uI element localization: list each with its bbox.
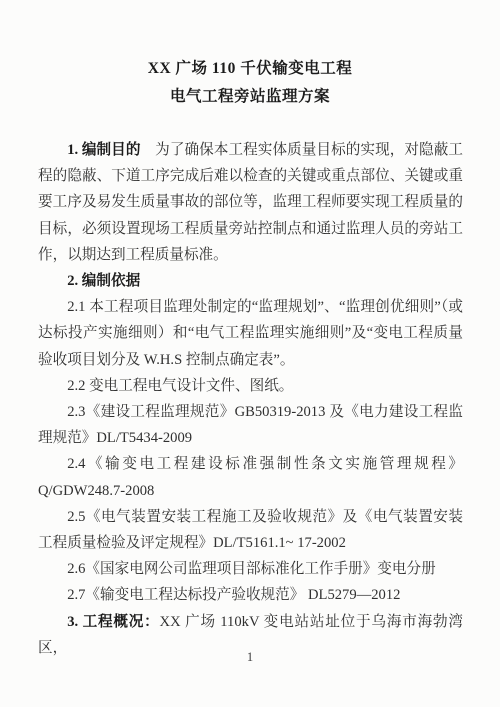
document-title-line-2: 电气工程旁站监理方案: [0, 83, 500, 111]
section2-item-2-5: 2.5《电气装置安装工程施工及验收规范》及《电气装置安装工程质量检验及评定规程》…: [38, 504, 463, 556]
page-number: 1: [0, 650, 500, 665]
scanned-document-page: XX 广场 110 千伏输变电工程 电气工程旁站监理方案 1. 编制目的 为了确…: [0, 0, 500, 707]
section2-item-2-6: 2.6《国家电网公司监理项目部标准化工作手册》变电分册: [38, 556, 463, 582]
document-title-line-1: XX 广场 110 千伏输变电工程: [0, 55, 500, 83]
document-title-block: XX 广场 110 千伏输变电工程 电气工程旁站监理方案: [0, 55, 500, 111]
section2-item-2-7: 2.7《输变电工程达标投产验收规范》 DL5279—2012: [38, 582, 463, 608]
document-body: 1. 编制目的 为了确保本工程实体质量目标的实现，对隐蔽工程的隐蔽、下道工序完成…: [38, 137, 463, 661]
section1-heading: 1. 编制目的: [67, 142, 140, 158]
section2-item-2-1: 2.1 本工程项目监理处制定的“监理规划”、“监理创优细则”（或达标投产实施细则…: [38, 294, 463, 373]
section2-item-2-4: 2.4《输变电工程建设标准强制性条文实施管理规程》Q/GDW248.7-2008: [38, 451, 463, 503]
section3-heading: 3. 工程概况：: [67, 614, 159, 630]
section1-text: 为了确保本工程实体质量目标的实现，对隐蔽工程的隐蔽、下道工序完成后难以检查的关键…: [38, 142, 463, 263]
section2-item-2-2: 2.2 变电工程电气设计文件、图纸。: [38, 373, 463, 399]
section2-item-2-3: 2.3《建设工程监理规范》GB50319-2013 及《电力建设工程监理规范》D…: [38, 399, 463, 451]
section1-paragraph: 1. 编制目的 为了确保本工程实体质量目标的实现，对隐蔽工程的隐蔽、下道工序完成…: [38, 137, 463, 268]
section2-heading: 2. 编制依据: [38, 268, 463, 294]
